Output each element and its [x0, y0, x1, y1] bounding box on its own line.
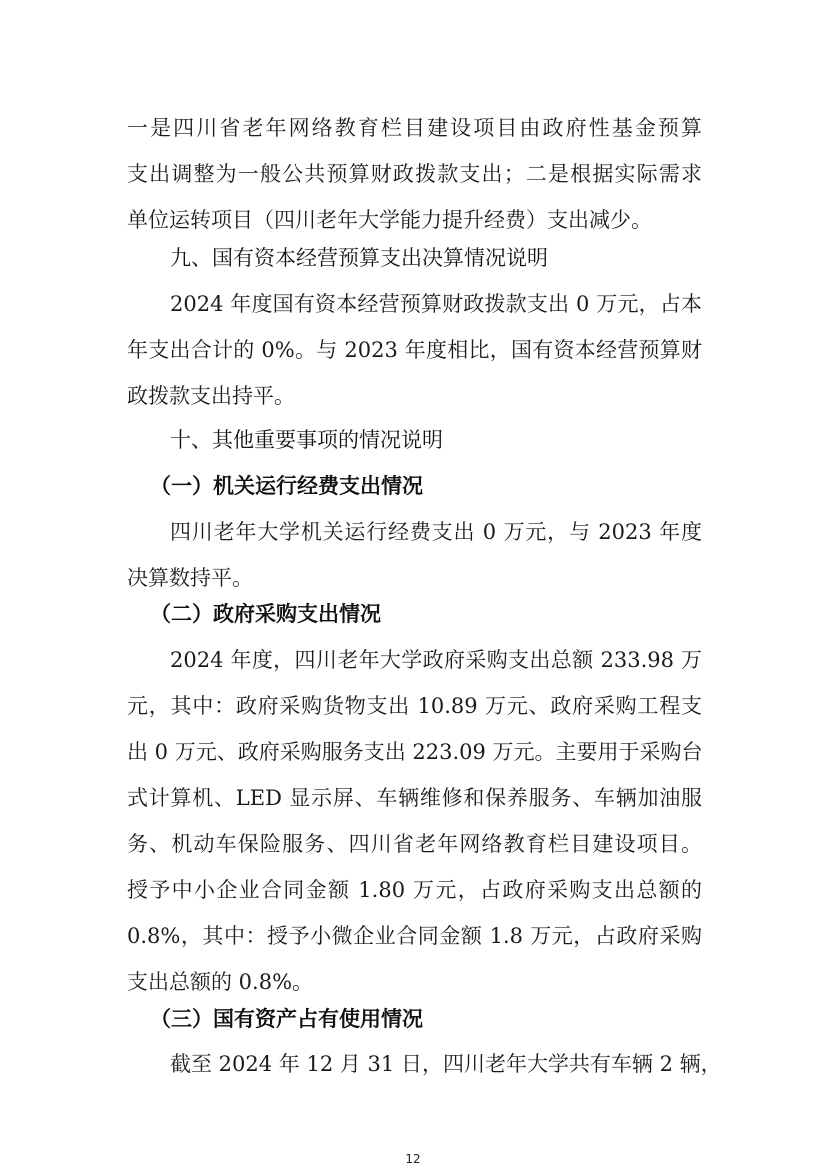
paragraph-line: 2024 年度，四川老年大学政府采购支出总额 233.98 万	[170, 646, 702, 674]
section-heading-9: 九、国有资本经营预算支出决算情况说明	[170, 244, 548, 272]
paragraph-line: 一是四川省老年网络教育栏目建设项目由政府性基金预算	[127, 114, 702, 142]
paragraph-line: 务、机动车保险服务、四川省老年网络教育栏目建设项目。	[127, 830, 702, 858]
paragraph-line: 政拨款支出持平。	[127, 382, 702, 410]
paragraph-line: 式计算机、LED 显示屏、车辆维修和保养服务、车辆加油服	[127, 784, 702, 812]
paragraph-line: 支出总额的 0.8%。	[127, 968, 702, 996]
section-heading-10: 十、其他重要事项的情况说明	[170, 426, 443, 454]
paragraph-line: 决算数持平。	[127, 564, 702, 592]
subsection-heading-2: （二）政府采购支出情况	[150, 600, 381, 628]
paragraph-line: 年支出合计的 0%。与 2023 年度相比，国有资本经营预算财	[127, 336, 702, 364]
paragraph-line: 元，其中：政府采购货物支出 10.89 万元、政府采购工程支	[127, 692, 702, 720]
paragraph-line: 单位运转项目（四川老年大学能力提升经费）支出减少。	[127, 206, 702, 234]
subsection-heading-3: （三）国有资产占有使用情况	[150, 1005, 423, 1033]
paragraph-line: 2024 年度国有资本经营预算财政拨款支出 0 万元，占本	[170, 290, 702, 318]
paragraph-line: 四川老年大学机关运行经费支出 0 万元，与 2023 年度	[170, 518, 702, 546]
document-page: 一是四川省老年网络教育栏目建设项目由政府性基金预算 支出调整为一般公共预算财政拨…	[0, 0, 826, 1169]
paragraph-line: 授予中小企业合同金额 1.80 万元，占政府采购支出总额的	[127, 876, 702, 904]
subsection-heading-1: （一）机关运行经费支出情况	[150, 472, 423, 500]
paragraph-line: 出 0 万元、政府采购服务支出 223.09 万元。主要用于采购台	[127, 738, 702, 766]
page-number: 12	[0, 1152, 826, 1166]
paragraph-line: 截至 2024 年 12 月 31 日，四川老年大学共有车辆 2 辆，	[170, 1050, 702, 1078]
paragraph-line: 支出调整为一般公共预算财政拨款支出；二是根据实际需求	[127, 160, 702, 188]
paragraph-line: 0.8%，其中：授予小微企业合同金额 1.8 万元，占政府采购	[127, 922, 702, 950]
